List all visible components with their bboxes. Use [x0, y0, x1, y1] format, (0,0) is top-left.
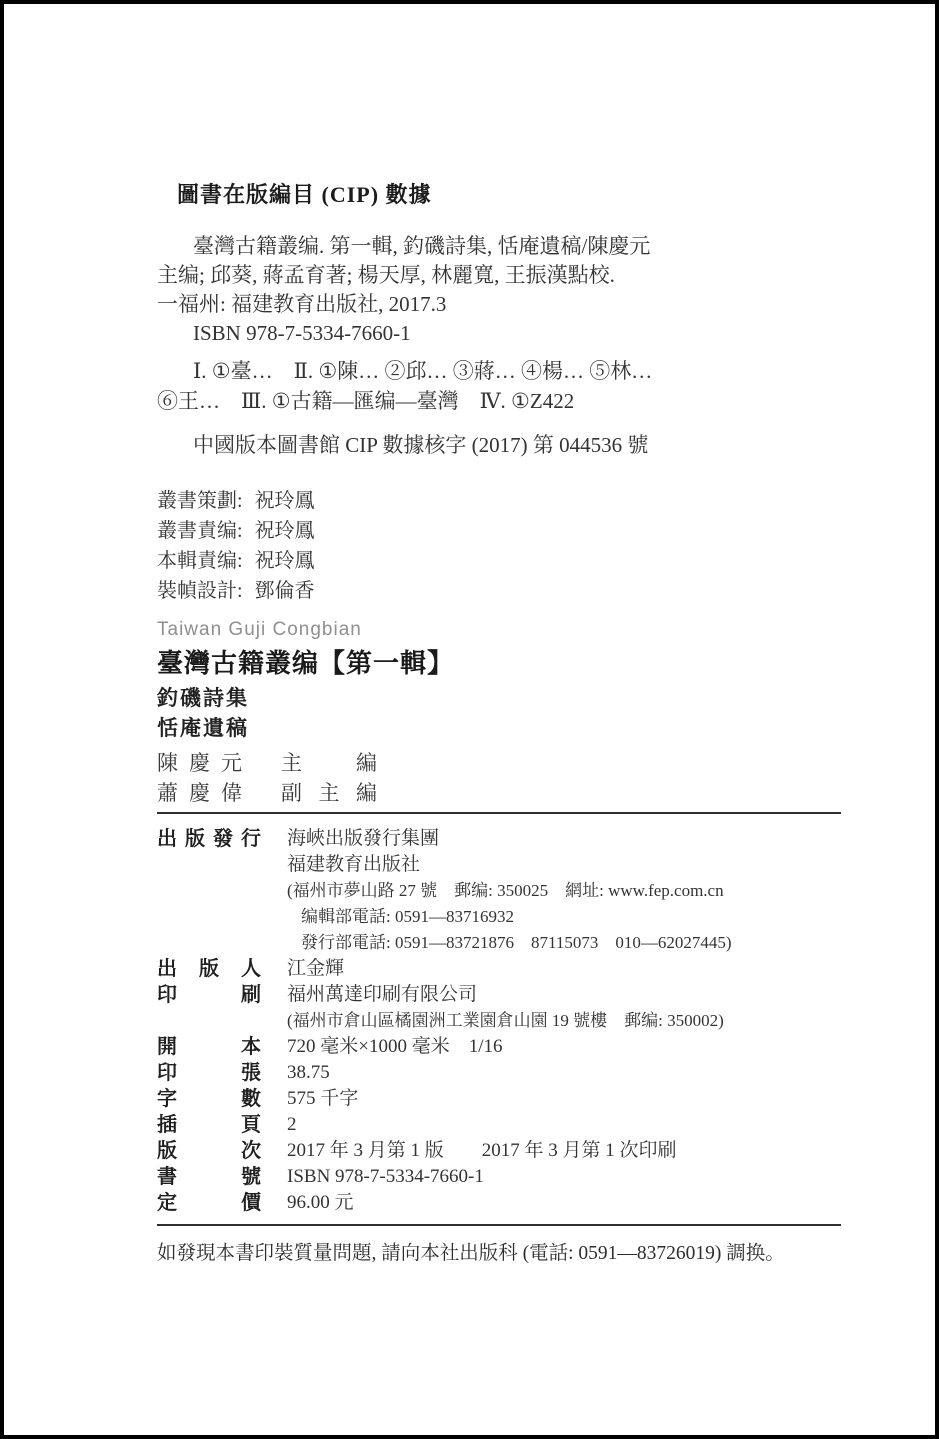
colophon-label: 字數	[157, 1086, 261, 1112]
cip-record-line: 主编; 邱葵, 蔣孟育著; 楊天厚, 林麗寬, 王振漢點校.	[157, 261, 841, 290]
editors-block: 陳慶元主編 蕭慶偉副主編	[157, 748, 841, 808]
distribution-phone-line: 發行部電話: 0591—83721876 87115073 010—620274…	[301, 930, 841, 956]
editor-role: 副主編	[281, 778, 377, 808]
editor-row: 陳慶元主編	[157, 748, 841, 778]
cip-record-block: 臺灣古籍叢编. 第一輯, 釣磯詩集, 恬庵遺稿/陳慶元 主编; 邱葵, 蔣孟育著…	[157, 232, 841, 348]
colophon-label: 書號	[157, 1164, 261, 1190]
credit-label: 裝幀設計:	[157, 580, 243, 602]
colophon-label: 出版人	[157, 956, 261, 982]
colophon-row-price: 定價 96.00 元	[157, 1190, 841, 1216]
colophon-value: ISBN 978-7-5334-7660-1	[287, 1164, 841, 1190]
editor-row: 蕭慶偉副主編	[157, 778, 841, 808]
cip-registry-line: 中國版本圖書館 CIP 數據核字 (2017) 第 044536 號	[193, 430, 841, 460]
credit-value: 祝玲鳳	[255, 550, 315, 572]
cip-classification-line: ⑥王… Ⅲ. ①古籍—匯编—臺灣 Ⅳ. ①Z422	[157, 386, 841, 416]
credit-value: 祝玲鳳	[255, 520, 315, 542]
series-block: Taiwan Guji Congbian 臺灣古籍叢编【第一輯】 釣磯詩集 恬庵…	[157, 618, 841, 742]
printer-name-line: 福州萬達印刷有限公司	[287, 982, 841, 1008]
colophon-value: 2	[287, 1112, 841, 1138]
editor-name: 陳慶元	[157, 748, 253, 778]
publisher-address-line: (福州市夢山路 27 號 郵编: 350025 網址: www.fep.com.…	[287, 878, 841, 904]
cip-classification-line: Ⅰ. ①臺… Ⅱ. ①陳… ②邱… ③蔣… ④楊… ⑤林…	[157, 356, 841, 386]
divider-rule-bottom	[157, 1224, 841, 1226]
colophon-value: 96.00 元	[287, 1190, 841, 1216]
copyright-page: 圖書在版編目 (CIP) 數據 臺灣古籍叢编. 第一輯, 釣磯詩集, 恬庵遺稿/…	[4, 4, 939, 1268]
publisher-press-line: 福建教育出版社	[287, 852, 841, 878]
credit-value: 鄧倫香	[255, 580, 315, 602]
colophon-row-printer: 印刷 福州萬達印刷有限公司 (福州市倉山區橘園洲工業園倉山園 19 號樓 郵编:…	[157, 982, 841, 1034]
colophon-value: 江金輝	[287, 956, 841, 982]
editor-name: 蕭慶偉	[157, 778, 253, 808]
colophon-label: 印張	[157, 1060, 261, 1086]
colophon-label: 印刷	[157, 982, 261, 1034]
colophon-value: 海峽出版發行集團 福建教育出版社 (福州市夢山路 27 號 郵编: 350025…	[287, 826, 841, 956]
credit-row: 本輯責编:祝玲鳳	[157, 546, 841, 576]
colophon-value: 720 毫米×1000 毫米 1/16	[287, 1034, 841, 1060]
credit-value: 祝玲鳳	[255, 490, 315, 512]
credit-row: 叢書責编:祝玲鳳	[157, 516, 841, 546]
colophon-label: 開本	[157, 1034, 261, 1060]
colophon-value: 2017 年 3 月第 1 版 2017 年 3 月第 1 次印刷	[287, 1138, 841, 1164]
colophon-row-edition: 版次 2017 年 3 月第 1 版 2017 年 3 月第 1 次印刷	[157, 1138, 841, 1164]
colophon-value: 38.75	[287, 1060, 841, 1086]
colophon-label: 版次	[157, 1138, 261, 1164]
series-romanized-title: Taiwan Guji Congbian	[157, 618, 841, 642]
series-title: 臺灣古籍叢编【第一輯】	[157, 646, 841, 682]
colophon-row-isbn: 書號 ISBN 978-7-5334-7660-1	[157, 1164, 841, 1190]
divider-rule-top	[157, 812, 841, 814]
volume-title: 恬庵遺稿	[157, 714, 841, 742]
quality-notice: 如發現本書印裝質量問題, 請向本社出版科 (電話: 0591—83726019)…	[157, 1240, 841, 1268]
colophon-table: 出版發行 海峽出版發行集團 福建教育出版社 (福州市夢山路 27 號 郵编: 3…	[157, 826, 841, 1216]
credit-row: 叢書策劃:祝玲鳳	[157, 486, 841, 516]
colophon-value: 575 千字	[287, 1086, 841, 1112]
editor-role: 主編	[281, 748, 377, 778]
colophon-row-sheets: 印張 38.75	[157, 1060, 841, 1086]
credit-label: 叢書責编:	[157, 520, 243, 542]
credit-label: 本輯責编:	[157, 550, 243, 572]
cip-classification-block: Ⅰ. ①臺… Ⅱ. ①陳… ②邱… ③蔣… ④楊… ⑤林… ⑥王… Ⅲ. ①古籍…	[157, 356, 841, 416]
credit-label: 叢書策劃:	[157, 490, 243, 512]
colophon-row-publisher: 出版發行 海峽出版發行集團 福建教育出版社 (福州市夢山路 27 號 郵编: 3…	[157, 826, 841, 956]
colophon-row-publisher-person: 出版人 江金輝	[157, 956, 841, 982]
cip-record-line: 一福州: 福建教育出版社, 2017.3	[157, 290, 841, 319]
cip-heading: 圖書在版編目 (CIP) 數據	[177, 180, 841, 210]
credit-row: 裝幀設計:鄧倫香	[157, 576, 841, 606]
colophon-label: 出版發行	[157, 826, 261, 956]
colophon-row-wordcount: 字數 575 千字	[157, 1086, 841, 1112]
volume-title: 釣磯詩集	[157, 684, 841, 712]
colophon-label: 定價	[157, 1190, 261, 1216]
printer-address-line: (福州市倉山區橘園洲工業園倉山園 19 號樓 郵编: 350002)	[287, 1008, 841, 1034]
colophon-label: 插頁	[157, 1112, 261, 1138]
cip-isbn-line: ISBN 978-7-5334-7660-1	[157, 319, 841, 348]
colophon-row-inserts: 插頁 2	[157, 1112, 841, 1138]
editorial-phone-line: 编輯部電話: 0591—83716932	[301, 904, 841, 930]
cip-record-line: 臺灣古籍叢编. 第一輯, 釣磯詩集, 恬庵遺稿/陳慶元	[157, 232, 841, 261]
publisher-group-line: 海峽出版發行集團	[287, 826, 841, 852]
credits-block: 叢書策劃:祝玲鳳 叢書責编:祝玲鳳 本輯責编:祝玲鳳 裝幀設計:鄧倫香	[157, 486, 841, 606]
colophon-value: 福州萬達印刷有限公司 (福州市倉山區橘園洲工業園倉山園 19 號樓 郵编: 35…	[287, 982, 841, 1034]
colophon-row-format: 開本 720 毫米×1000 毫米 1/16	[157, 1034, 841, 1060]
